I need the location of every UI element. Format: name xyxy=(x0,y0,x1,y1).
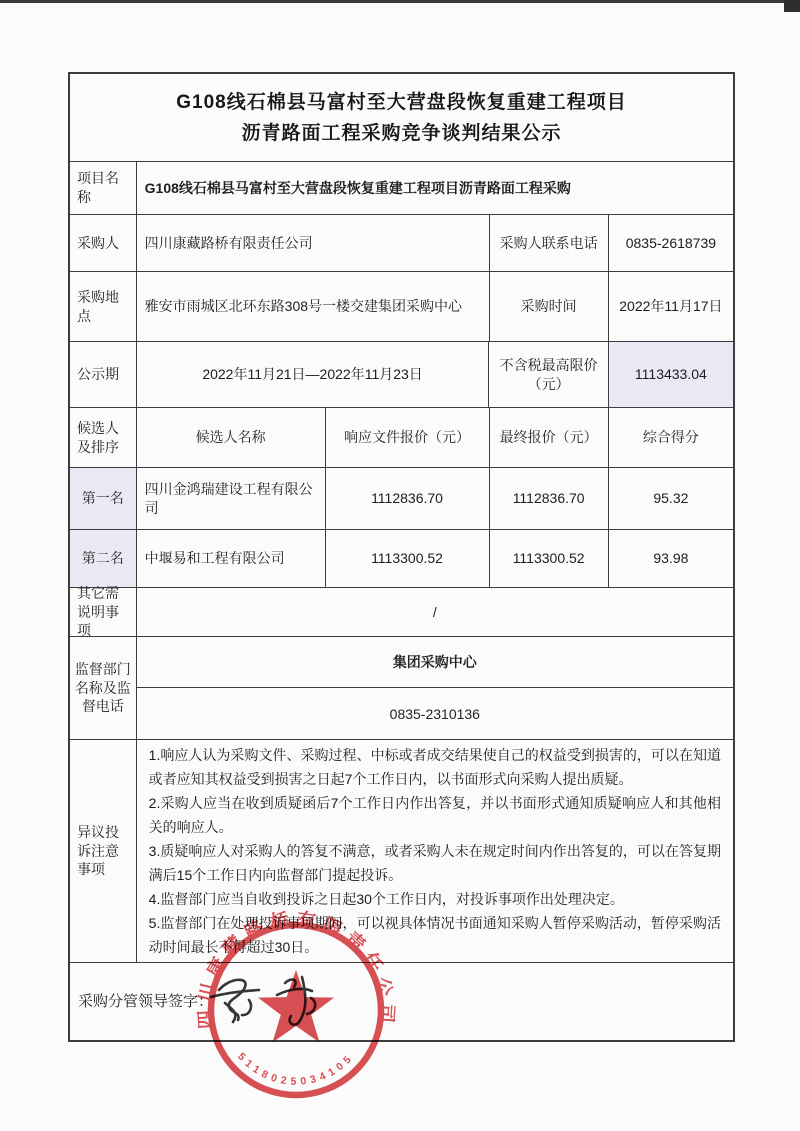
candidate-1-score: 95.32 xyxy=(609,468,733,529)
purchase-time-value: 2022年11月17日 xyxy=(609,272,733,341)
signature-label: 采购分管领导签字： xyxy=(70,963,733,1041)
doc-price-column-header: 响应文件报价（元） xyxy=(326,408,490,467)
project-name-row: 项目名称 G108线石棉县马富村至大营盘段恢复重建工程项目沥青路面工程采购 xyxy=(70,162,733,215)
candidates-header-row: 候选人及排序 候选人名称 响应文件报价（元） 最终报价（元） 综合得分 xyxy=(70,408,733,468)
seal-registration-number: 5118025034105 xyxy=(235,1051,357,1088)
supervision-row: 监督部门名称及监督电话 集团采购中心 0835-2310136 xyxy=(70,637,733,740)
publicity-period-label: 公示期 xyxy=(70,342,137,407)
supervision-phone: 0835-2310136 xyxy=(137,688,733,739)
candidate-row-2: 第二名 中堰易和工程有限公司 1113300.52 1113300.52 93.… xyxy=(70,530,733,588)
candidate-row-1: 第一名 四川金鸿瑞建设工程有限公司 1112836.70 1112836.70 … xyxy=(70,468,733,530)
publicity-period-row: 公示期 2022年11月21日—2022年11月23日 不含税最高限价（元） 1… xyxy=(70,342,733,408)
candidate-2-final-price: 1113300.52 xyxy=(490,530,609,587)
supervision-label: 监督部门名称及监督电话 xyxy=(70,637,137,739)
purchaser-value: 四川康藏路桥有限责任公司 xyxy=(137,215,490,271)
candidate-2-rank: 第二名 xyxy=(70,530,137,587)
location-row: 采购地点 雅安市雨城区北环东路308号一楼交建集团采购中心 采购时间 2022年… xyxy=(70,272,733,342)
purchaser-phone-label: 采购人联系电话 xyxy=(490,215,609,271)
candidate-2-doc-price: 1113300.52 xyxy=(326,530,490,587)
candidate-1-final-price: 1112836.70 xyxy=(490,468,609,529)
result-announcement-table: G108线石棉县马富村至大营盘段恢复重建工程项目 沥青路面工程采购竞争谈判结果公… xyxy=(68,72,735,1042)
objection-content: 1.响应人认为采购文件、采购过程、中标或者成交结果使自己的权益受到损害的，可以在… xyxy=(137,740,733,962)
rank-column-header: 候选人及排序 xyxy=(70,408,137,467)
location-value: 雅安市雨城区北环东路308号一楼交建集团采购中心 xyxy=(137,272,490,341)
objection-item-1: 1.响应人认为采购文件、采购过程、中标或者成交结果使自己的权益受到损害的，可以在… xyxy=(149,743,721,791)
max-price-value: 1113433.04 xyxy=(609,342,733,407)
objection-item-4: 4.监督部门应当自收到投诉之日起30个工作日内，对投诉事项作出处理决定。 xyxy=(149,887,624,911)
max-price-label: 不含税最高限价（元） xyxy=(489,342,608,407)
scan-corner-artifact xyxy=(784,0,800,12)
objection-row: 异议投诉注意事项 1.响应人认为采购文件、采购过程、中标或者成交结果使自己的权益… xyxy=(70,740,733,963)
candidate-2-score: 93.98 xyxy=(609,530,733,587)
candidate-2-name: 中堰易和工程有限公司 xyxy=(137,530,326,587)
publicity-period-value: 2022年11月21日—2022年11月23日 xyxy=(137,342,490,407)
document-title-line2: 沥青路面工程采购竞争谈判结果公示 xyxy=(241,118,561,149)
document-title-line1: G108线石棉县马富村至大营盘段恢复重建工程项目 xyxy=(176,87,626,118)
purchaser-phone-value: 0835-2618739 xyxy=(609,215,733,271)
score-column-header: 综合得分 xyxy=(609,408,733,467)
objection-item-3: 3.质疑响应人对采购人的答复不满意，或者采购人未在规定时间内作出答复的，可以在答… xyxy=(149,839,721,887)
purchaser-row: 采购人 四川康藏路桥有限责任公司 采购人联系电话 0835-2618739 xyxy=(70,215,733,272)
purchaser-label: 采购人 xyxy=(70,215,137,271)
candidate-1-rank: 第一名 xyxy=(70,468,137,529)
name-column-header: 候选人名称 xyxy=(137,408,326,467)
signature-row: 采购分管领导签字： xyxy=(70,963,733,1041)
supervision-department: 集团采购中心 xyxy=(137,637,733,688)
objection-label: 异议投诉注意事项 xyxy=(70,740,137,962)
objection-item-5: 5.监督部门在处理投诉事项期间，可以视具体情况书面通知采购人暂停采购活动，暂停采… xyxy=(149,911,721,959)
supervision-values: 集团采购中心 0835-2310136 xyxy=(137,637,733,739)
candidate-1-name: 四川金鸿瑞建设工程有限公司 xyxy=(137,468,326,529)
objection-item-2: 2.采购人应当在收到质疑函后7个工作日内作出答复，并以书面形式通知质疑响应人和其… xyxy=(149,791,721,839)
other-notes-label: 其它需说明事项 xyxy=(70,588,137,636)
project-name-value: G108线石棉县马富村至大营盘段恢复重建工程项目沥青路面工程采购 xyxy=(137,162,733,214)
location-label: 采购地点 xyxy=(70,272,137,341)
final-price-column-header: 最终报价（元） xyxy=(490,408,609,467)
project-name-label: 项目名称 xyxy=(70,162,137,214)
purchase-time-label: 采购时间 xyxy=(490,272,609,341)
scan-edge-artifact xyxy=(0,0,800,3)
other-notes-row: 其它需说明事项 / xyxy=(70,588,733,637)
other-notes-value: / xyxy=(137,588,733,636)
candidate-1-doc-price: 1112836.70 xyxy=(326,468,490,529)
svg-text:5118025034105: 5118025034105 xyxy=(235,1051,357,1088)
title-row: G108线石棉县马富村至大营盘段恢复重建工程项目 沥青路面工程采购竞争谈判结果公… xyxy=(70,74,733,162)
